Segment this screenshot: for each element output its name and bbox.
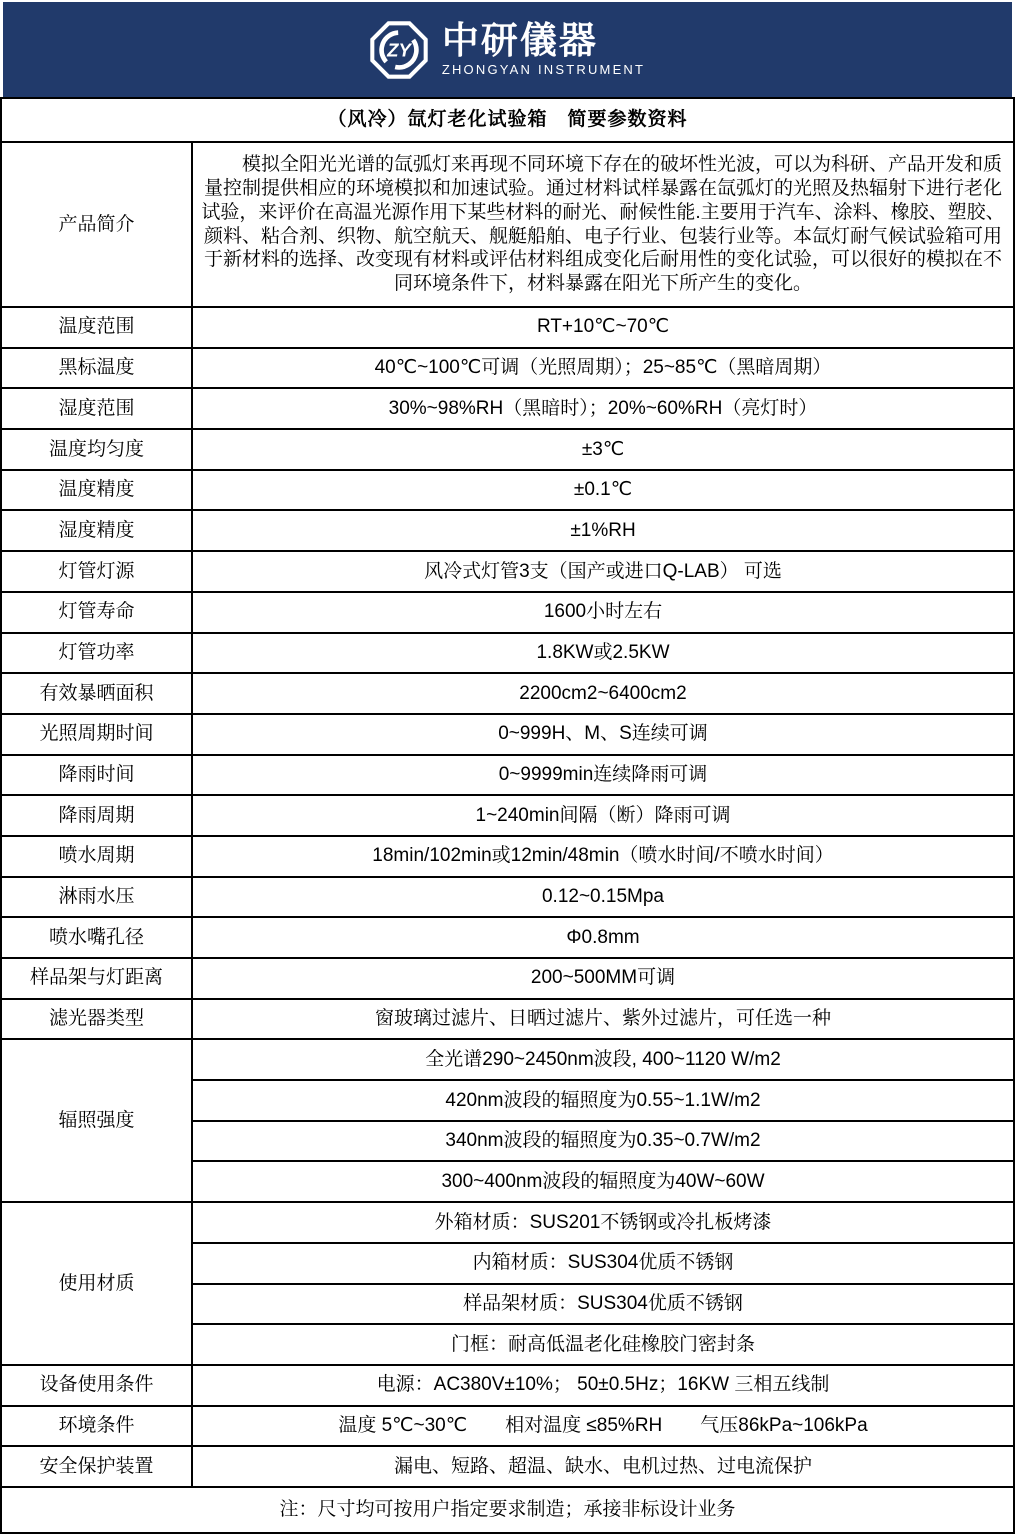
spec-value: 0~9999min连续降雨可调: [192, 755, 1014, 796]
spec-row: 有效暴晒面积2200cm2~6400cm2: [1, 673, 1014, 714]
spec-row: 环境条件温度 5℃~30℃ 相对温度 ≤85%RH 气压86kPa~106kPa: [1, 1406, 1014, 1447]
spec-row: 设备使用条件电源：AC380V±10%； 50±0.5Hz；16KW 三相五线制: [1, 1365, 1014, 1406]
brand-logo-monogram: ZY: [386, 39, 412, 60]
irradiance-item: 300~400nm波段的辐照度为40W~60W: [192, 1161, 1014, 1202]
spec-label: 灯管灯源: [1, 551, 192, 592]
spec-label: 降雨时间: [1, 755, 192, 796]
spec-label: 光照周期时间: [1, 714, 192, 755]
footer-note: 注：尺寸均可按用户指定要求制造；承接非标设计业务: [1, 1487, 1014, 1533]
brand-text-block: 中研儀器 ZHONGYAN INSTRUMENT: [442, 22, 645, 78]
spec-label: 设备使用条件: [1, 1365, 192, 1406]
spec-value: 1~240min间隔（断）降雨可调: [192, 795, 1014, 836]
spec-label: 喷水周期: [1, 836, 192, 877]
spec-row-group: 使用材质 外箱材质：SUS201不锈钢或冷扎板烤漆: [1, 1202, 1014, 1243]
spec-row: 光照周期时间0~999H、M、S连续可调: [1, 714, 1014, 755]
brand-name-en: ZHONGYAN INSTRUMENT: [442, 62, 645, 77]
spec-value: 18min/102min或12min/48min（喷水时间/不喷水时间）: [192, 836, 1014, 877]
spec-label: 灯管寿命: [1, 592, 192, 633]
spec-value: Φ0.8mm: [192, 917, 1014, 958]
spec-row: 降雨周期1~240min间隔（断）降雨可调: [1, 795, 1014, 836]
spec-value: 温度 5℃~30℃ 相对温度 ≤85%RH 气压86kPa~106kPa: [192, 1406, 1014, 1447]
spec-value: 30%~98%RH（黑暗时）；20%~60%RH（亮灯时）: [192, 388, 1014, 429]
intro-text: 模拟全阳光光谱的氙弧灯来再现不同环境下存在的破坏性光波，可以为科研、产品开发和质…: [192, 142, 1014, 307]
spec-value: 200~500MM可调: [192, 958, 1014, 999]
spec-label: 湿度精度: [1, 510, 192, 551]
spec-value: 0.12~0.15Mpa: [192, 877, 1014, 918]
note-row: 注：尺寸均可按用户指定要求制造；承接非标设计业务: [1, 1487, 1014, 1533]
spec-row: 温度范围RT+10℃~70℃: [1, 307, 1014, 348]
spec-row: 淋雨水压0.12~0.15Mpa: [1, 877, 1014, 918]
spec-label: 安全保护装置: [1, 1446, 192, 1487]
spec-row: 灯管灯源风冷式灯管3支（国产或进口Q-LAB） 可选: [1, 551, 1014, 592]
spec-row: 温度精度±0.1℃: [1, 470, 1014, 511]
spec-label: 温度精度: [1, 470, 192, 511]
doc-title: （风冷）氙灯老化试验箱 简要参数资料: [1, 98, 1014, 142]
spec-label: 有效暴晒面积: [1, 673, 192, 714]
spec-value: 风冷式灯管3支（国产或进口Q-LAB） 可选: [192, 551, 1014, 592]
brand-logo-icon: ZY: [370, 21, 428, 79]
spec-label: 温度范围: [1, 307, 192, 348]
material-item: 门框：耐高低温老化硅橡胶门密封条: [192, 1324, 1014, 1365]
spec-row: 灯管寿命1600小时左右: [1, 592, 1014, 633]
spec-label: 滤光器类型: [1, 999, 192, 1040]
spec-row: 湿度范围30%~98%RH（黑暗时）；20%~60%RH（亮灯时）: [1, 388, 1014, 429]
spec-label: 样品架与灯距离: [1, 958, 192, 999]
spec-value: 0~999H、M、S连续可调: [192, 714, 1014, 755]
material-item: 外箱材质：SUS201不锈钢或冷扎板烤漆: [192, 1202, 1014, 1243]
spec-label: 环境条件: [1, 1406, 192, 1447]
spec-value: 1600小时左右: [192, 592, 1014, 633]
spec-row: 降雨时间0~9999min连续降雨可调: [1, 755, 1014, 796]
spec-label: 淋雨水压: [1, 877, 192, 918]
spec-row: 安全保护装置漏电、短路、超温、缺水、电机过热、过电流保护: [1, 1446, 1014, 1487]
material-item: 内箱材质：SUS304优质不锈钢: [192, 1243, 1014, 1284]
spec-value: 40℃~100℃可调（光照周期）；25~85℃（黑暗周期）: [192, 348, 1014, 389]
spec-row: 灯管功率1.8KW或2.5KW: [1, 633, 1014, 674]
spec-label: 温度均匀度: [1, 429, 192, 470]
spec-row: 滤光器类型窗玻璃过滤片、日晒过滤片、紫外过滤片，可任选一种: [1, 999, 1014, 1040]
group-label-materials: 使用材质: [1, 1202, 192, 1365]
brand-header: ZY 中研儀器 ZHONGYAN INSTRUMENT: [3, 2, 1012, 97]
spec-value: 2200cm2~6400cm2: [192, 673, 1014, 714]
spec-row: 样品架与灯距离200~500MM可调: [1, 958, 1014, 999]
spec-value: 1.8KW或2.5KW: [192, 633, 1014, 674]
group-label-irradiance: 辐照强度: [1, 1039, 192, 1202]
spec-value: ±3℃: [192, 429, 1014, 470]
title-row: （风冷）氙灯老化试验箱 简要参数资料: [1, 98, 1014, 142]
irradiance-item: 420nm波段的辐照度为0.55~1.1W/m2: [192, 1080, 1014, 1121]
material-item: 样品架材质：SUS304优质不锈钢: [192, 1284, 1014, 1325]
spec-value: 电源：AC380V±10%； 50±0.5Hz；16KW 三相五线制: [192, 1365, 1014, 1406]
spec-row: 湿度精度±1%RH: [1, 510, 1014, 551]
spec-label: 喷水嘴孔径: [1, 917, 192, 958]
spec-value: ±1%RH: [192, 510, 1014, 551]
intro-row: 产品简介 模拟全阳光光谱的氙弧灯来再现不同环境下存在的破坏性光波，可以为科研、产…: [1, 142, 1014, 307]
spec-row: 喷水周期18min/102min或12min/48min（喷水时间/不喷水时间）: [1, 836, 1014, 877]
spec-value: ±0.1℃: [192, 470, 1014, 511]
irradiance-item: 340nm波段的辐照度为0.35~0.7W/m2: [192, 1121, 1014, 1162]
spec-row: 喷水嘴孔径Φ0.8mm: [1, 917, 1014, 958]
spec-label: 湿度范围: [1, 388, 192, 429]
spec-label: 降雨周期: [1, 795, 192, 836]
spec-sheet-page: ZY 中研儀器 ZHONGYAN INSTRUMENT （风冷）氙灯老化试验箱 …: [0, 0, 1015, 1534]
spec-value: RT+10℃~70℃: [192, 307, 1014, 348]
spec-row-group: 辐照强度 全光谱290~2450nm波段, 400~1120 W/m2: [1, 1039, 1014, 1080]
spec-value: 窗玻璃过滤片、日晒过滤片、紫外过滤片，可任选一种: [192, 999, 1014, 1040]
irradiance-item: 全光谱290~2450nm波段, 400~1120 W/m2: [192, 1039, 1014, 1080]
spec-value: 漏电、短路、超温、缺水、电机过热、过电流保护: [192, 1446, 1014, 1487]
spec-row: 温度均匀度±3℃: [1, 429, 1014, 470]
brand-name-cn: 中研儀器: [442, 22, 645, 61]
spec-row: 黑标温度40℃~100℃可调（光照周期）；25~85℃（黑暗周期）: [1, 348, 1014, 389]
spec-label: 黑标温度: [1, 348, 192, 389]
spec-table: （风冷）氙灯老化试验箱 简要参数资料 产品简介 模拟全阳光光谱的氙弧灯来再现不同…: [0, 97, 1015, 1534]
spec-label-intro: 产品简介: [1, 142, 192, 307]
spec-label: 灯管功率: [1, 633, 192, 674]
